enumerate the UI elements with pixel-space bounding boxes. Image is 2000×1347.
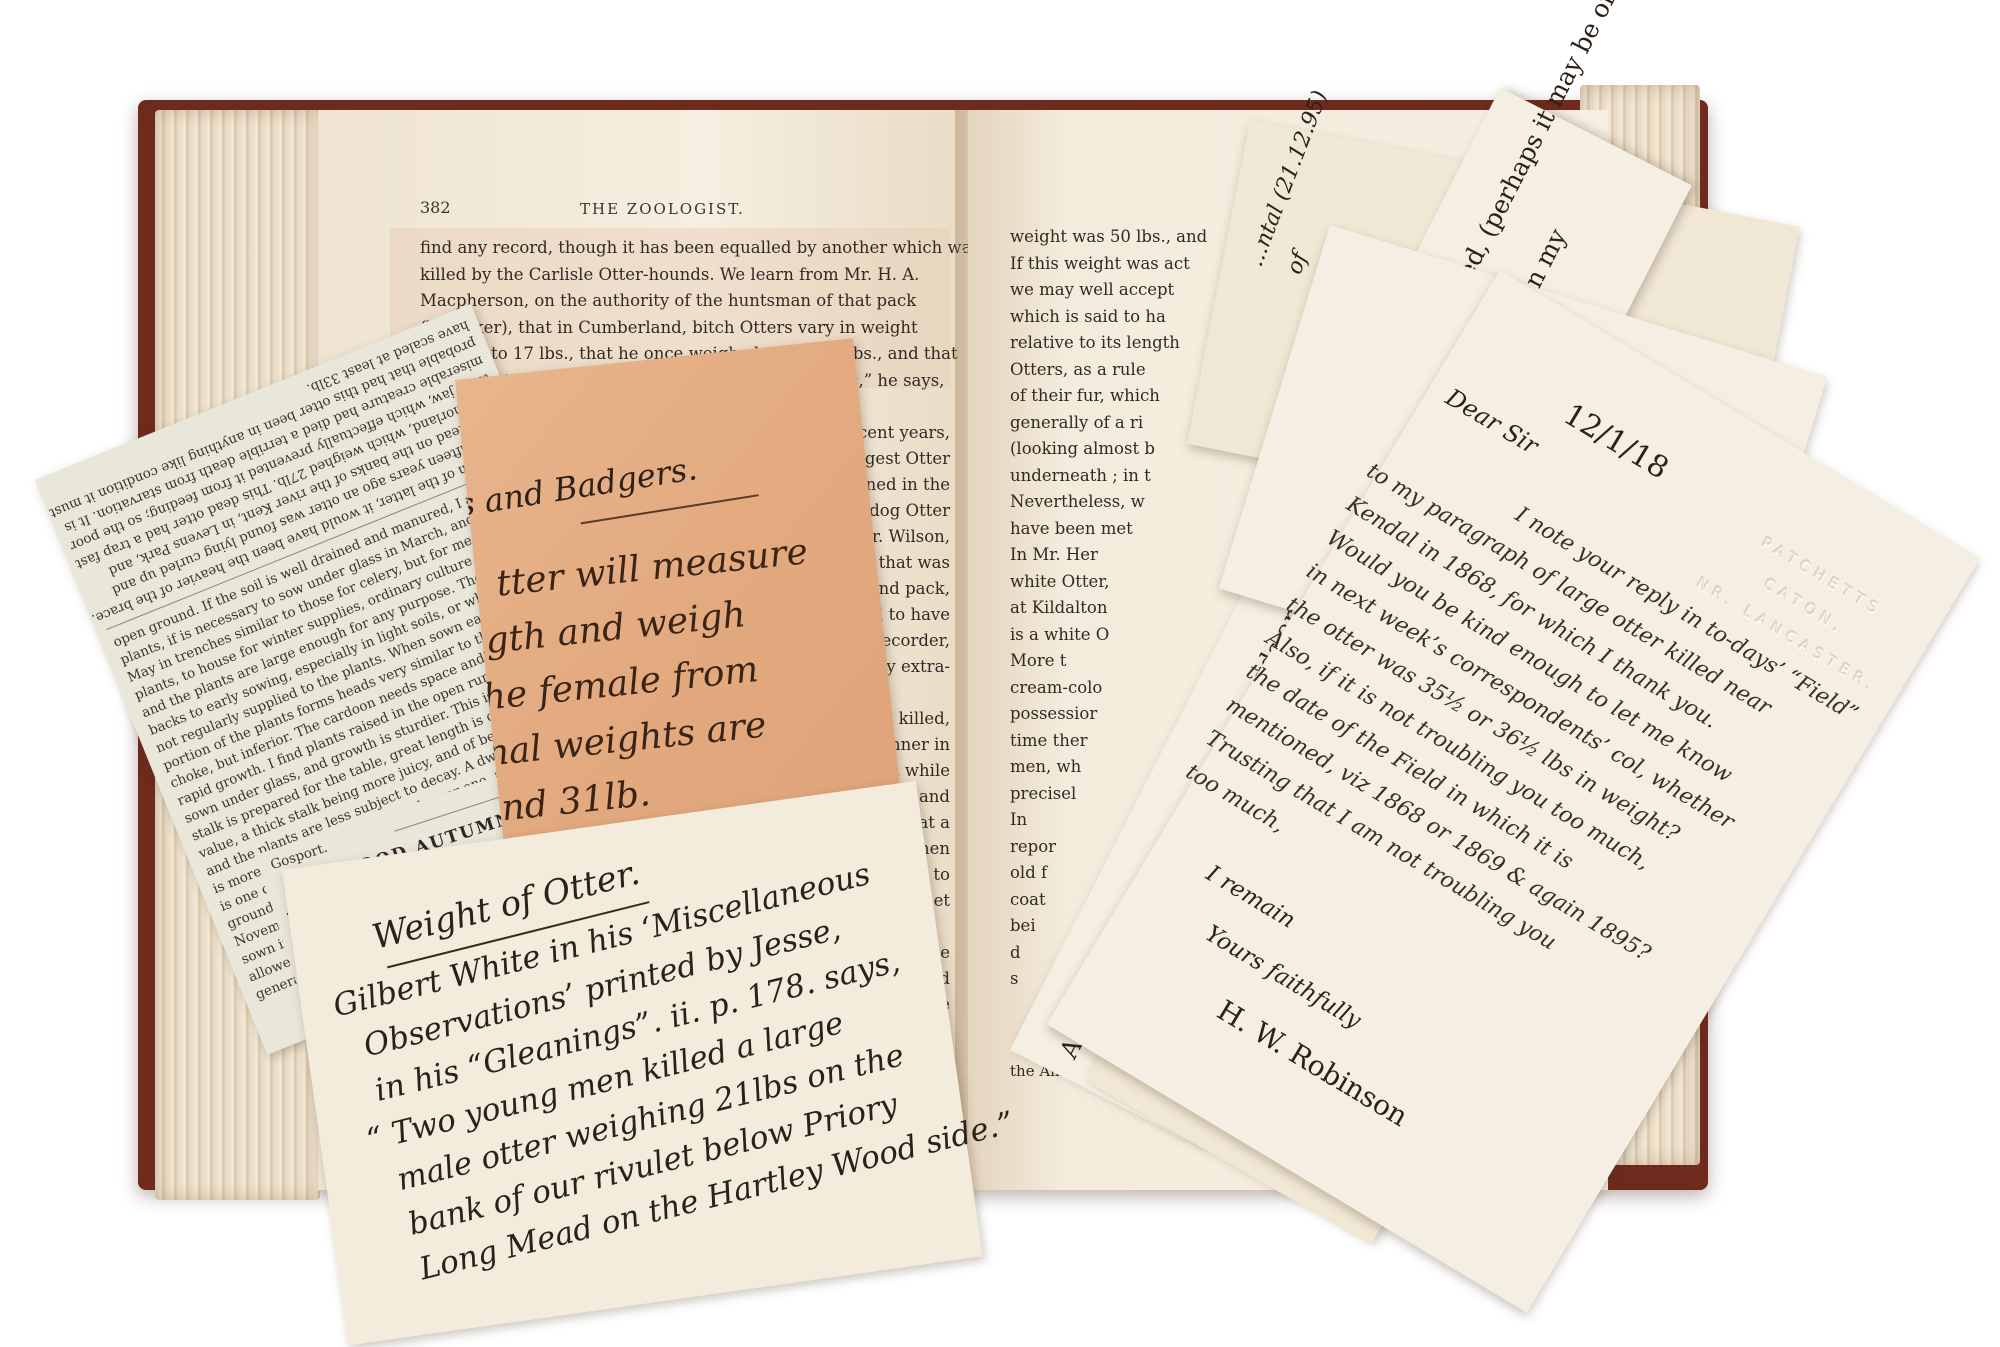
weight-of-otter-card: Weight of Otter. Gilbert White in his ‘M… [282,781,983,1345]
letter-date: 12/1/18 [1557,397,1674,487]
text-fragment: cent years, [858,420,950,446]
text-line: generally of a ri [1010,410,1207,437]
text-line: More t [1010,648,1207,675]
weight-card-body: Gilbert White in his ‘Miscellaneous Obse… [328,832,1018,1297]
text-line: have been met [1010,516,1207,543]
text-line: In Mr. Her [1010,542,1207,569]
text-line: weight was 50 lbs., and [1010,224,1207,251]
text-line: white Otter, [1010,569,1207,596]
text-line: Otters, as a rule [1010,357,1207,384]
text-line: Nevertheless, w [1010,489,1207,516]
text-line: is a white O [1010,622,1207,649]
text-line: which is said to ha [1010,304,1207,331]
running-head: THE ZOOLOGIST. [580,200,745,218]
text-line: killed by the Carlisle Otter-hounds. We … [420,262,980,289]
text-line: If this weight was act [1010,251,1207,278]
text-fragment: gest Otter [858,446,950,472]
text-line: Macpherson, on the authority of the hunt… [420,288,980,315]
text-line: (T. Parker), that in Cumberland, bitch O… [420,315,980,342]
text-line: find any record, though it has been equa… [420,235,980,262]
text-fragment: ned in the [858,472,950,498]
handwritten-line: of [1282,249,1313,278]
tan-card-heading: s and Badgers. [455,449,699,524]
letter-salutation: Dear Sir [1441,383,1543,460]
text-line: underneath ; in t [1010,463,1207,490]
page-number: 382 [420,198,451,217]
text-line: of their fur, which [1010,383,1207,410]
text-line: (looking almost b [1010,436,1207,463]
text-line: we may well accept [1010,277,1207,304]
text-line: cream-colo [1010,675,1207,702]
text-line: relative to its length [1010,330,1207,357]
text-line: at Kildalton [1010,595,1207,622]
